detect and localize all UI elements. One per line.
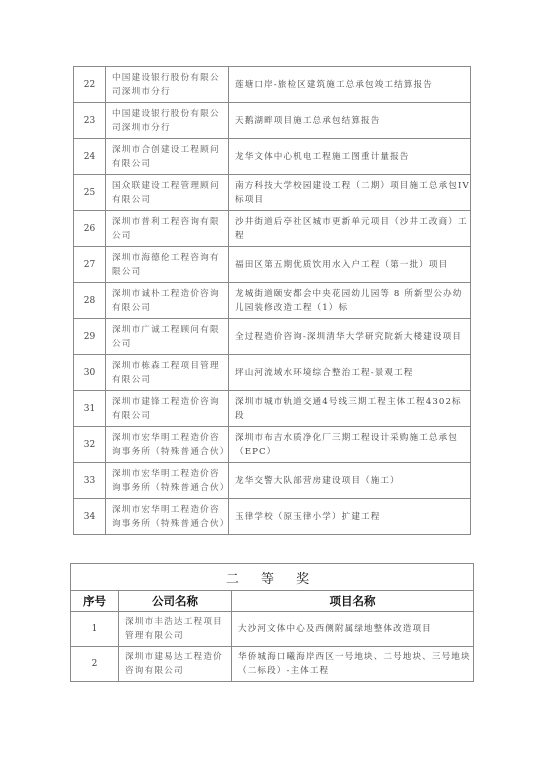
table-row: 28深圳市诚朴工程造价咨询有限公司龙城街道颐安都会中央花园幼儿园等 8 所新型公… — [74, 283, 471, 319]
company-name: 深圳市宏华明工程造价咨询事务所（特殊普通合伙） — [106, 427, 229, 463]
project-name: 莲塘口岸-旅检区建筑施工总承包竣工结算报告 — [229, 67, 471, 103]
header-row: 序号 公司名称 项目名称 — [71, 591, 474, 612]
project-name: 福田区第五期优质饮用水入户工程（第一批）项目 — [229, 247, 471, 283]
row-number: 29 — [74, 319, 106, 355]
project-name: 深圳市布吉水质净化厂三期工程设计采购施工总承包（EPC） — [229, 427, 471, 463]
company-name: 中国建设银行股份有限公司深圳市分行 — [106, 103, 229, 139]
company-name: 深圳市丰浩达工程项目管理有限公司 — [119, 612, 232, 647]
row-number: 33 — [74, 463, 106, 499]
table-row: 2深圳市建易达工程造价咨询有限公司华侨城海口曦海岸西区一号地块、二号地块、三号地… — [71, 647, 474, 682]
row-number: 28 — [74, 283, 106, 319]
company-name: 深圳市宏华明工程造价咨询事务所（特殊普通合伙） — [106, 499, 229, 535]
row-number: 24 — [74, 139, 106, 175]
prize-title-row: 二 等 奖 — [71, 564, 474, 591]
header-project: 项目名称 — [232, 591, 474, 612]
project-name: 龙华交警大队部营房建设项目（施工） — [229, 463, 471, 499]
company-name: 深圳市诚朴工程造价咨询有限公司 — [106, 283, 229, 319]
company-name: 深圳市合创建设工程顾问有限公司 — [106, 139, 229, 175]
project-name: 大沙河文体中心及西侧附属绿地整体改造项目 — [232, 612, 474, 647]
second-prize-table: 二 等 奖 序号 公司名称 项目名称 1深圳市丰浩达工程项目管理有限公司大沙河文… — [70, 563, 474, 682]
table-row: 24深圳市合创建设工程顾问有限公司龙华文体中心机电工程施工图重计量报告 — [74, 139, 471, 175]
table-row: 29深圳市广诚工程顾问有限公司全过程造价咨询-深圳清华大学研究院新大楼建设项目 — [74, 319, 471, 355]
project-name: 华侨城海口曦海岸西区一号地块、二号地块、三号地块（二标段）-主体工程 — [232, 647, 474, 682]
award-table-continued: 22中国建设银行股份有限公司深圳市分行莲塘口岸-旅检区建筑施工总承包竣工结算报告… — [73, 66, 471, 535]
project-name: 全过程造价咨询-深圳清华大学研究院新大楼建设项目 — [229, 319, 471, 355]
company-name: 深圳市宏华明工程造价咨询事务所（特殊普通合伙） — [106, 463, 229, 499]
company-name: 国众联建设工程管理顾问有限公司 — [106, 175, 229, 211]
table-row: 22中国建设银行股份有限公司深圳市分行莲塘口岸-旅检区建筑施工总承包竣工结算报告 — [74, 67, 471, 103]
project-name: 龙城街道颐安都会中央花园幼儿园等 8 所新型公办幼儿园装修改造工程（1）标 — [229, 283, 471, 319]
table-row: 25国众联建设工程管理顾问有限公司南方科技大学校园建设工程（二期）项目施工总承包… — [74, 175, 471, 211]
header-company: 公司名称 — [119, 591, 232, 612]
project-name: 龙华文体中心机电工程施工图重计量报告 — [229, 139, 471, 175]
project-name: 沙井街道后亭社区城市更新单元项目（沙井工改商）工程 — [229, 211, 471, 247]
company-name: 深圳市广诚工程顾问有限公司 — [106, 319, 229, 355]
row-number: 27 — [74, 247, 106, 283]
company-name: 深圳市普利工程咨询有限公司 — [106, 211, 229, 247]
row-number: 32 — [74, 427, 106, 463]
table-row: 33深圳市宏华明工程造价咨询事务所（特殊普通合伙）龙华交警大队部营房建设项目（施… — [74, 463, 471, 499]
project-name: 天鹅湖畔项目施工总承包结算报告 — [229, 103, 471, 139]
row-number: 2 — [71, 647, 119, 682]
table-row: 34深圳市宏华明工程造价咨询事务所（特殊普通合伙）玉律学校（原玉律小学）扩建工程 — [74, 499, 471, 535]
row-number: 1 — [71, 612, 119, 647]
row-number: 23 — [74, 103, 106, 139]
company-name: 深圳市建锋工程造价咨询有限公司 — [106, 391, 229, 427]
table-row: 27深圳市海德伦工程咨询有限公司福田区第五期优质饮用水入户工程（第一批）项目 — [74, 247, 471, 283]
header-no: 序号 — [71, 591, 119, 612]
table-row: 1深圳市丰浩达工程项目管理有限公司大沙河文体中心及西侧附属绿地整体改造项目 — [71, 612, 474, 647]
company-name: 中国建设银行股份有限公司深圳市分行 — [106, 67, 229, 103]
table-row: 26深圳市普利工程咨询有限公司沙井街道后亭社区城市更新单元项目（沙井工改商）工程 — [74, 211, 471, 247]
project-name: 玉律学校（原玉律小学）扩建工程 — [229, 499, 471, 535]
prize-title: 二 等 奖 — [71, 564, 474, 591]
project-name: 南方科技大学校园建设工程（二期）项目施工总承包IV标项目 — [229, 175, 471, 211]
row-number: 26 — [74, 211, 106, 247]
project-name: 深圳市城市轨道交通4号线三期工程主体工程4302标段 — [229, 391, 471, 427]
row-number: 34 — [74, 499, 106, 535]
table-row: 32深圳市宏华明工程造价咨询事务所（特殊普通合伙）深圳市布吉水质净化厂三期工程设… — [74, 427, 471, 463]
company-name: 深圳市建易达工程造价咨询有限公司 — [119, 647, 232, 682]
row-number: 22 — [74, 67, 106, 103]
row-number: 25 — [74, 175, 106, 211]
table-row: 30深圳市栋森工程项目管理有限公司坪山河流域水环境综合整治工程-景观工程 — [74, 355, 471, 391]
project-name: 坪山河流域水环境综合整治工程-景观工程 — [229, 355, 471, 391]
table-row: 31深圳市建锋工程造价咨询有限公司深圳市城市轨道交通4号线三期工程主体工程430… — [74, 391, 471, 427]
company-name: 深圳市海德伦工程咨询有限公司 — [106, 247, 229, 283]
row-number: 31 — [74, 391, 106, 427]
row-number: 30 — [74, 355, 106, 391]
company-name: 深圳市栋森工程项目管理有限公司 — [106, 355, 229, 391]
table-row: 23中国建设银行股份有限公司深圳市分行天鹅湖畔项目施工总承包结算报告 — [74, 103, 471, 139]
